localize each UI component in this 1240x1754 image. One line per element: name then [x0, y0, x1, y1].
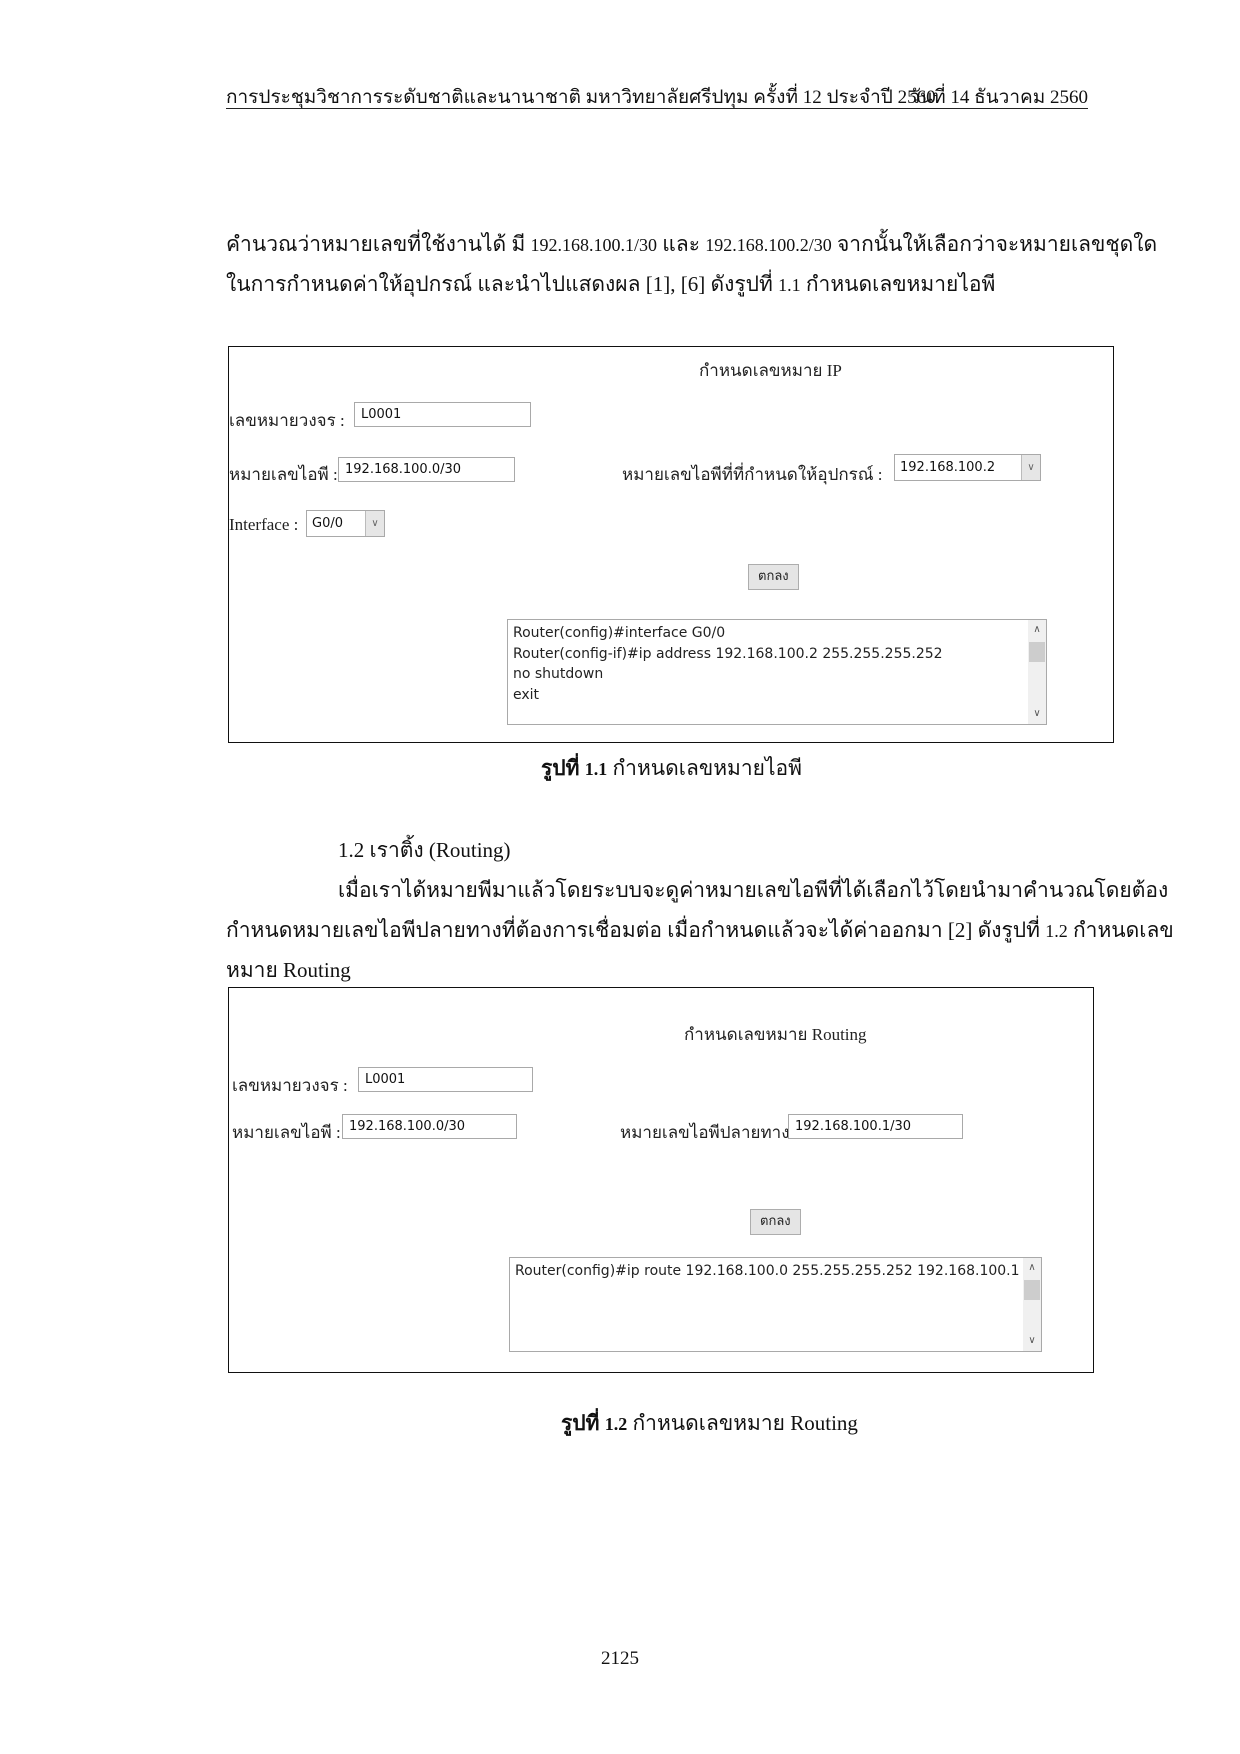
- interface-label: Interface :: [229, 515, 298, 535]
- device-ip-select[interactable]: 192.168.100.2 ∨: [894, 454, 1041, 481]
- caption-text: กำหนดเลขหมาย Routing: [627, 1411, 858, 1435]
- figure-2-routing-form: กำหนดเลขหมาย Routing เลขหมายวงจร : L0001…: [228, 987, 1094, 1373]
- figure-ref: 1.1: [778, 275, 801, 295]
- caption-text: กำหนดเลขหมายไอพี: [607, 756, 802, 780]
- circuit-number-input[interactable]: L0001: [358, 1067, 533, 1092]
- scroll-down-icon[interactable]: ∨: [1028, 706, 1046, 722]
- command-output-text: Router(config)#ip route 192.168.100.0 25…: [515, 1261, 1020, 1282]
- caption-number: 1.2: [605, 1414, 628, 1434]
- caption-prefix: รูปที่: [561, 1411, 605, 1435]
- dest-ip-input[interactable]: 192.168.100.1/30: [788, 1114, 963, 1139]
- scroll-up-icon[interactable]: ∧: [1023, 1260, 1041, 1276]
- scroll-up-icon[interactable]: ∧: [1028, 622, 1046, 638]
- dest-ip-label: หมายเลขไอพีปลายทาง: [620, 1119, 790, 1146]
- device-ip-label: หมายเลขไอพีที่ที่กำหนดให้อุปกรณ์ :: [622, 461, 883, 488]
- interface-select[interactable]: G0/0 ∨: [306, 510, 385, 537]
- text-run: ในการกำหนดค่าให้อุปกรณ์ และนำไปแสดงผล [1…: [226, 272, 778, 296]
- interface-selected-value: G0/0: [307, 511, 365, 536]
- circuit-label: เลขหมายวงจร :: [232, 1072, 348, 1099]
- circuit-number-input[interactable]: L0001: [354, 402, 531, 427]
- section-heading: 1.2 เราติ้ง (Routing): [338, 830, 1208, 870]
- form-title: กำหนดเลขหมาย IP: [699, 357, 842, 384]
- section-paragraph-line-1: เมื่อเราได้หมายพีมาแล้วโดยระบบจะดูค่าหมา…: [338, 870, 1208, 910]
- page-number: 2125: [0, 1648, 1240, 1670]
- conference-date: วันที่ 14 ธันวาคม 2560: [909, 82, 1088, 112]
- command-output-text: Router(config)#interface G0/0 Router(con…: [513, 623, 943, 705]
- figure-ref: 1.2: [1045, 921, 1068, 941]
- command-output-textarea[interactable]: Router(config)#interface G0/0 Router(con…: [507, 619, 1047, 725]
- form-title: กำหนดเลขหมาย Routing: [684, 1021, 867, 1048]
- scroll-down-icon[interactable]: ∨: [1023, 1333, 1041, 1349]
- ok-button[interactable]: ตกลง: [750, 1209, 801, 1235]
- figure-1-ip-assignment-form: กำหนดเลขหมาย IP เลขหมายวงจร : L0001 หมาย…: [228, 346, 1114, 743]
- ip-label: หมายเลขไอพี :: [232, 1119, 341, 1146]
- ip-address-text: 192.168.100.2/30: [705, 235, 832, 255]
- running-header: การประชุมวิชาการระดับชาติและนานาชาติ มหา…: [226, 80, 1088, 109]
- intro-paragraph-line-2: ในการกำหนดค่าให้อุปกรณ์ และนำไปแสดงผล [1…: [226, 264, 1096, 305]
- text-run: และ: [657, 232, 705, 256]
- circuit-label: เลขหมายวงจร :: [229, 407, 345, 434]
- text-run: คำนวณว่าหมายเลขที่ใช้งานได้ มี: [226, 232, 531, 256]
- ip-address-text: 192.168.100.1/30: [531, 235, 658, 255]
- figure-1-caption: รูปที่ 1.1 กำหนดเลขหมายไอพี: [541, 752, 802, 785]
- section-paragraph-line-3: หมาย Routing: [226, 950, 1096, 990]
- ip-network-input[interactable]: 192.168.100.0/30: [342, 1114, 517, 1139]
- ok-button[interactable]: ตกลง: [748, 564, 799, 590]
- text-run: กำหนดเลขหมายไอพี: [801, 272, 996, 296]
- ip-label: หมายเลขไอพี :: [229, 461, 338, 488]
- scrollbar[interactable]: ∧ ∨: [1028, 620, 1046, 724]
- section-paragraph-line-2: กำหนดหมายเลขไอพีปลายทางที่ต้องการเชื่อมต…: [226, 910, 1096, 951]
- caption-number: 1.1: [585, 759, 608, 779]
- command-output-textarea[interactable]: Router(config)#ip route 192.168.100.0 25…: [509, 1257, 1042, 1352]
- caption-prefix: รูปที่: [541, 756, 585, 780]
- conference-title: การประชุมวิชาการระดับชาติและนานาชาติ มหา…: [226, 82, 936, 112]
- intro-paragraph-line-1: คำนวณว่าหมายเลขที่ใช้งานได้ มี 192.168.1…: [226, 224, 1096, 265]
- figure-2-caption: รูปที่ 1.2 กำหนดเลขหมาย Routing: [561, 1407, 858, 1440]
- chevron-down-icon[interactable]: ∨: [1021, 455, 1040, 480]
- text-run: กำหนดเลข: [1068, 918, 1174, 942]
- chevron-down-icon[interactable]: ∨: [365, 511, 384, 536]
- scrollbar[interactable]: ∧ ∨: [1023, 1258, 1041, 1351]
- text-run: กำหนดหมายเลขไอพีปลายทางที่ต้องการเชื่อมต…: [226, 918, 1045, 942]
- text-run: จากนั้นให้เลือกว่าจะหมายเลขชุดใด: [832, 232, 1157, 256]
- scrollbar-thumb[interactable]: [1024, 1280, 1040, 1300]
- device-ip-selected-value: 192.168.100.2: [895, 455, 1021, 480]
- scrollbar-thumb[interactable]: [1029, 642, 1045, 662]
- ip-network-input[interactable]: 192.168.100.0/30: [338, 457, 515, 482]
